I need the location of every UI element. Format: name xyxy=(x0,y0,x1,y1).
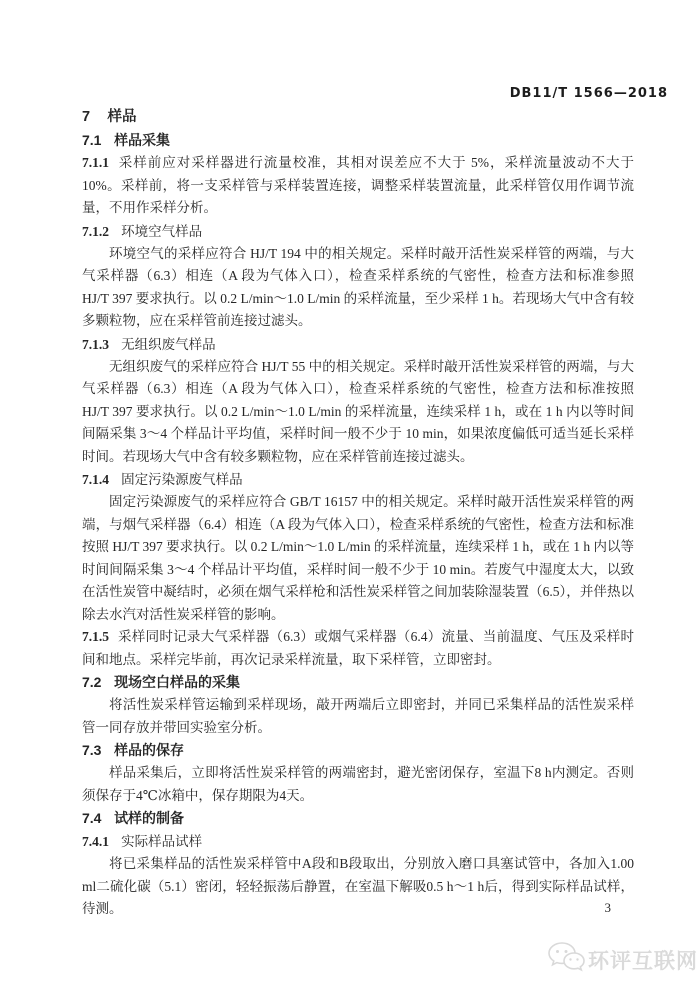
section-title: 无组织废气样品 xyxy=(121,337,216,352)
clause-number: 7.1.5 xyxy=(82,629,109,644)
section-title: 试样的制备 xyxy=(114,810,184,826)
section-title: 固定污染源废气样品 xyxy=(121,472,243,487)
paragraph: 将已采集样品的活性炭采样管中A段和B段取出，分别放入磨口具塞试管中，各加入1.0… xyxy=(82,853,634,921)
section-number: 7.1 xyxy=(82,132,101,148)
section-title: 环境空气样品 xyxy=(121,224,202,239)
paragraph: 固定污染源废气的采样应符合 GB/T 16157 中的相关规定。采样时敲开活性炭… xyxy=(82,491,634,626)
section-heading-7-1-3: 7.1.3无组织废气样品 xyxy=(82,333,634,356)
clause-7-1-1: 7.1.1采样前应对采样器进行流量校准，其相对误差应不大于 5%，采样流量波动不… xyxy=(82,152,634,220)
watermark-text: 环评互联网 xyxy=(588,945,698,975)
section-title: 样品 xyxy=(107,109,136,125)
clause-text: 采样前应对采样器进行流量校准，其相对误差应不大于 5%，采样流量波动不大于 10… xyxy=(82,155,634,215)
section-number: 7 xyxy=(82,109,90,125)
clause-number: 7.1.1 xyxy=(82,155,109,170)
section-heading-7-1-4: 7.1.4固定污染源废气样品 xyxy=(82,468,634,491)
document-body: 7样品 7.1样品采集 7.1.1采样前应对采样器进行流量校准，其相对误差应不大… xyxy=(82,106,634,921)
clause-7-1-5: 7.1.5采样同时记录大气采样器（6.3）或烟气采样器（6.4）流量、当前温度、… xyxy=(82,626,634,671)
watermark: 环评互联网 xyxy=(547,941,698,978)
section-title: 现场空白样品的采集 xyxy=(114,674,240,690)
section-title: 样品采集 xyxy=(114,132,170,148)
section-heading-7-3: 7.3样品的保存 xyxy=(82,739,634,762)
section-number: 7.3 xyxy=(82,742,101,758)
section-heading-7-2: 7.2现场空白样品的采集 xyxy=(82,671,634,694)
section-number: 7.1.3 xyxy=(82,337,109,352)
clause-text: 采样同时记录大气采样器（6.3）或烟气采样器（6.4）流量、当前温度、气压及采样… xyxy=(82,629,634,667)
standard-number-header: DB11/T 1566—2018 xyxy=(510,86,668,101)
section-number: 7.4 xyxy=(82,810,101,826)
section-heading-7-4-1: 7.4.1实际样品试样 xyxy=(82,830,634,853)
section-number: 7.1.4 xyxy=(82,472,109,487)
paragraph: 无组织废气的采样应符合 HJ/T 55 中的相关规定。采样时敲开活性炭采样管的两… xyxy=(82,356,634,469)
paragraph: 将活性炭采样管运输到采样现场，敲开两端后立即密封，并同已采集样品的活性炭采样管一… xyxy=(82,694,634,739)
wechat-icon xyxy=(547,941,585,978)
section-number: 7.4.1 xyxy=(82,834,109,849)
section-heading-7: 7样品 xyxy=(82,106,634,129)
section-heading-7-4: 7.4试样的制备 xyxy=(82,807,634,830)
section-heading-7-1-2: 7.1.2环境空气样品 xyxy=(82,220,634,243)
section-heading-7-1: 7.1样品采集 xyxy=(82,129,634,152)
paragraph: 环境空气的采样应符合 HJ/T 194 中的相关规定。采样时敲开活性炭采样管的两… xyxy=(82,243,634,333)
section-title: 实际样品试样 xyxy=(121,834,202,849)
page-number: 3 xyxy=(605,900,612,916)
section-number: 7.1.2 xyxy=(82,224,109,239)
scanned-document-page: DB11/T 1566—2018 7样品 7.1样品采集 7.1.1采样前应对采… xyxy=(0,0,700,989)
section-title: 样品的保存 xyxy=(114,742,184,758)
section-number: 7.2 xyxy=(82,674,101,690)
paragraph: 样品采集后，立即将活性炭采样管的两端密封，避光密闭保存，室温下8 h内测定。否则… xyxy=(82,762,634,807)
